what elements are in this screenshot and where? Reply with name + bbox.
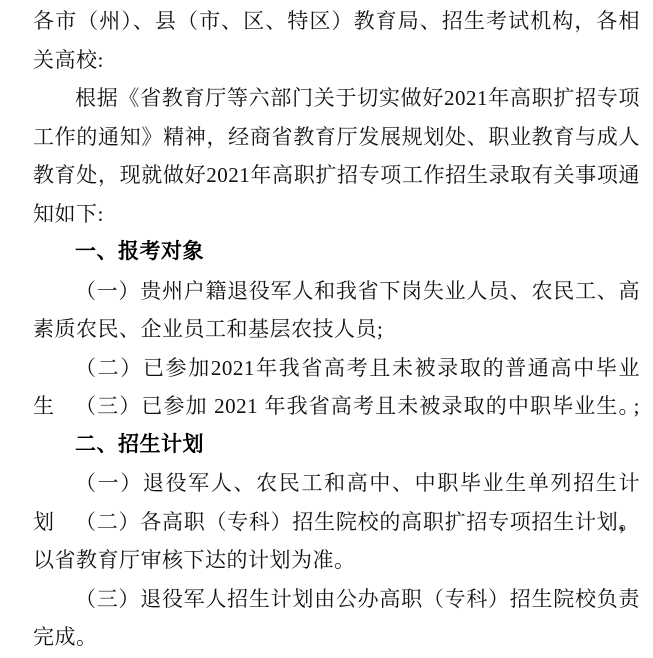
intro-line-1: 根据《省教育厅等六部门关于切实做好2021年高职扩招专项 bbox=[33, 79, 640, 118]
addressee-line-2: 关高校: bbox=[33, 41, 640, 80]
intro-line-3: 教育处，现就做好2021年高职扩招专项工作招生录取有关事项通 bbox=[33, 156, 640, 195]
section-1-item-2: （二）已参加2021年我省高考且未被录取的普通高中毕业生; bbox=[33, 349, 640, 388]
section-2-heading: 二、招生计划 bbox=[33, 426, 640, 465]
section-2-item-3-line-2: 完成。 bbox=[33, 618, 640, 657]
section-2-item-1: （一）退役军人、农民工和高中、中职毕业生单列招生计划。 bbox=[33, 464, 640, 503]
notice-document: 各市（州）、县（市、区、特区）教育局、招生考试机构，各相 关高校: 根据《省教育… bbox=[0, 0, 653, 658]
section-1-item-3: （三）已参加 2021 年我省高考且未被录取的中职毕业生。 bbox=[33, 387, 640, 426]
section-2-item-2-line-2: 以省教育厅审核下达的计划为准。 bbox=[33, 541, 640, 580]
section-2-item-2-line-1: （二）各高职（专科）招生院校的高职扩招专项招生计划， bbox=[33, 503, 640, 542]
addressee-line-1: 各市（州）、县（市、区、特区）教育局、招生考试机构，各相 bbox=[33, 2, 640, 41]
section-1-heading: 一、报考对象 bbox=[33, 233, 640, 272]
section-2-item-3-line-1: （三）退役军人招生计划由公办高职（专科）招生院校负责 bbox=[33, 580, 640, 619]
section-1-item-1-line-1: （一）贵州户籍退役军人和我省下岗失业人员、农民工、高 bbox=[33, 272, 640, 311]
intro-line-4: 知如下: bbox=[33, 195, 640, 234]
intro-line-2: 工作的通知》精神，经商省教育厅发展规划处、职业教育与成人 bbox=[33, 118, 640, 157]
section-1-item-1-line-2: 素质农民、企业员工和基层农技人员; bbox=[33, 310, 640, 349]
